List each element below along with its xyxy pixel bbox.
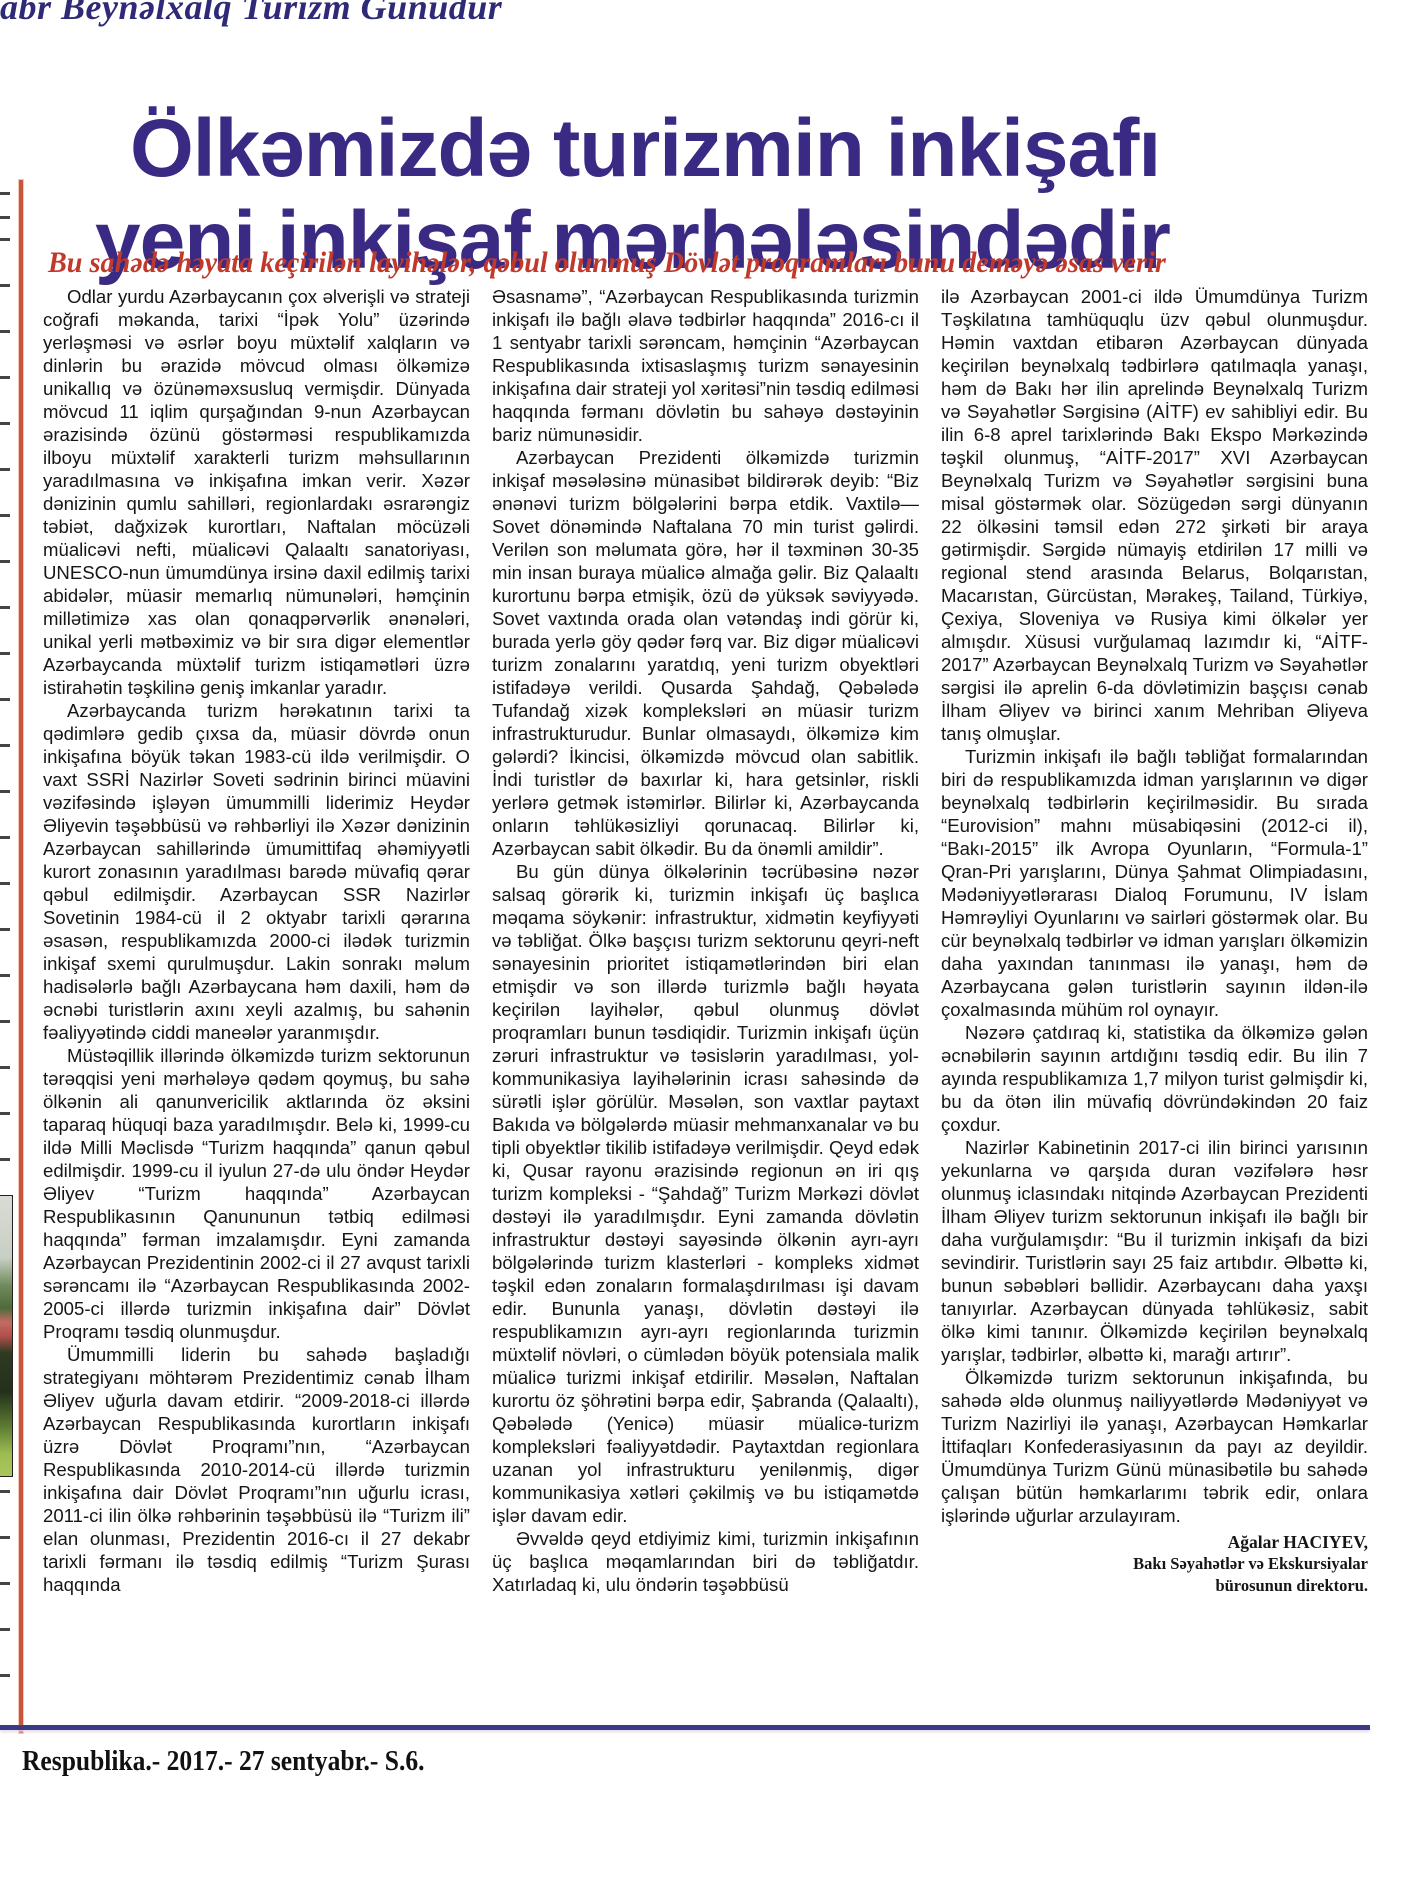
paragraph: Ümummilli liderin bu sahədə başladığı st… <box>43 1343 470 1596</box>
paragraph: Müstəqillik illərində ölkəmizdə turizm s… <box>43 1044 470 1343</box>
source-citation: Respublika.- 2017.- 27 sentyabr.- S.6. <box>22 1745 424 1778</box>
paragraph: Nəzərə çatdıraq ki, statistika da ölkəmi… <box>941 1021 1368 1136</box>
paragraph: ilə Azərbaycan 2001-ci ildə Ümumdünya Tu… <box>941 285 1368 745</box>
paragraph: Turizmin inkişafı ilə bağlı təbliğat for… <box>941 745 1368 1021</box>
left-column-rule <box>19 180 23 1733</box>
adjacent-column-fragment <box>0 180 16 1730</box>
article-body: Odlar yurdu Azərbaycanın çox əlverişli v… <box>43 285 1368 1725</box>
headline-line-1: Ölkəmizdə turizmin inkişafı <box>95 103 1375 195</box>
adjacent-photo-fragment <box>0 1195 13 1477</box>
article-subtitle: Bu sahədə həyata keçirilən layihələr, qə… <box>48 246 1289 280</box>
paragraph: Odlar yurdu Azərbaycanın çox əlverişli v… <box>43 285 470 699</box>
paragraph: Azərbaycan Prezidenti ölkəmizdə turizmin… <box>492 446 919 860</box>
column-3: ilə Azərbaycan 2001-ci ildə Ümumdünya Tu… <box>941 285 1368 1725</box>
paragraph: Əsasnamə”, “Azərbaycan Respublikasında t… <box>492 285 919 446</box>
paragraph: Nazirlər Kabinetinin 2017-ci ilin birinc… <box>941 1136 1368 1366</box>
author-position-line-1: Bakı Səyahətlər və Ekskursiyalar <box>941 1553 1368 1575</box>
column-2: Əsasnamə”, “Azərbaycan Respublikasında t… <box>492 285 919 1725</box>
bottom-rule <box>0 1725 1370 1730</box>
section-kicker: abr Beynəlxalq Turizm Günüdür <box>0 0 502 28</box>
paragraph: Əvvəldə qeyd etdiyimiz kimi, turizmin in… <box>492 1527 919 1596</box>
author-signature: Ağalar HACIYEV, Bakı Səyahətlər və Eksku… <box>941 1531 1368 1597</box>
author-position-line-2: bürosunun direktoru. <box>941 1575 1368 1597</box>
paragraph: Bu gün dünya ölkələrinin təcrübəsinə nəz… <box>492 860 919 1527</box>
paragraph: Azərbaycanda turizm hərəkatının tarixi t… <box>43 699 470 1044</box>
paragraph: Ölkəmizdə turizm sektorunun inkişafında,… <box>941 1366 1368 1527</box>
author-name: Ağalar HACIYEV, <box>941 1531 1368 1553</box>
column-1: Odlar yurdu Azərbaycanın çox əlverişli v… <box>43 285 470 1725</box>
